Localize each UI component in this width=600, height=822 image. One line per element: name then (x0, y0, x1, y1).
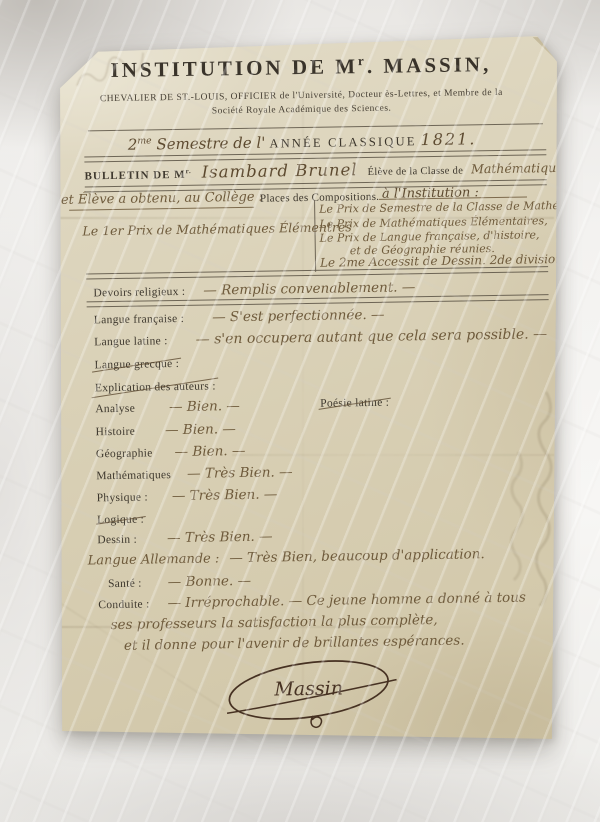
college-prize: Le 1er Prix de Mathématiques Élémentres (82, 219, 351, 238)
class-value: Mathématiques et de Français. (471, 158, 600, 176)
signature-name: Massin (273, 677, 343, 700)
column-divider (314, 200, 316, 272)
row-sante: Santé : — Bonne. — (108, 572, 251, 592)
row-geographie: Géographie — Bien. — (96, 442, 246, 462)
double-rule (86, 266, 548, 279)
document-paper: INSTITUTION DE Mr. MASSIN, CHEVALIER DE … (52, 34, 560, 746)
row-mathematiques: Mathématiques — Très Bien. — (96, 463, 293, 484)
annee-classique-printed: ANNÉE CLASSIQUE (269, 134, 416, 150)
year-handwritten: 1821. (420, 129, 476, 149)
row-langue-allemande: Langue Allemande : — Très Bien, beaucoup… (88, 545, 485, 569)
conduite-line2: ses professeurs la satisfaction la plus … (111, 612, 438, 633)
row-histoire: Histoire — Bien. — (95, 420, 236, 440)
semester-handwritten: 2me Semestre de l' (128, 134, 266, 154)
underline (69, 207, 254, 211)
row-langue-grecque: Langue grecque : (94, 354, 179, 373)
bulletin-label: BULLETIN DE Mr. (85, 169, 192, 183)
institution-title: INSTITUTION DE Mr. MASSIN, (47, 50, 555, 84)
photo-background: INSTITUTION DE Mr. MASSIN, CHEVALIER DE … (0, 0, 600, 822)
row-physique: Physique : — Très Bien. — (97, 485, 278, 506)
eleve-label: Élève de la Classe de (368, 166, 464, 178)
row-langue-latine: Langue latine : — s'en occupera autant q… (94, 325, 547, 350)
row-dessin: Dessin : — Très Bien. — (97, 528, 273, 549)
row-poesie-latine: Poésie latine : (320, 393, 389, 412)
student-name: Isambard Brunel (202, 160, 358, 181)
college-heading: Cet Élève a obtenu, au Collège : (51, 190, 263, 208)
row-explication-auteurs: Explication des auteurs : (95, 376, 216, 396)
row-langue-francaise: Langue française : — S'est perfectionnée… (94, 306, 385, 329)
document-content: INSTITUTION DE Mr. MASSIN, CHEVALIER DE … (46, 30, 565, 750)
row-analyse: Analyse — Bien. — (95, 397, 240, 417)
paper-sheet: INSTITUTION DE Mr. MASSIN, CHEVALIER DE … (52, 34, 560, 746)
row-logique: Logique : (97, 510, 144, 529)
massin-signature: Massin (218, 646, 405, 745)
row-conduite: Conduite : — Irréprochable. — Ce jeune h… (98, 589, 526, 614)
